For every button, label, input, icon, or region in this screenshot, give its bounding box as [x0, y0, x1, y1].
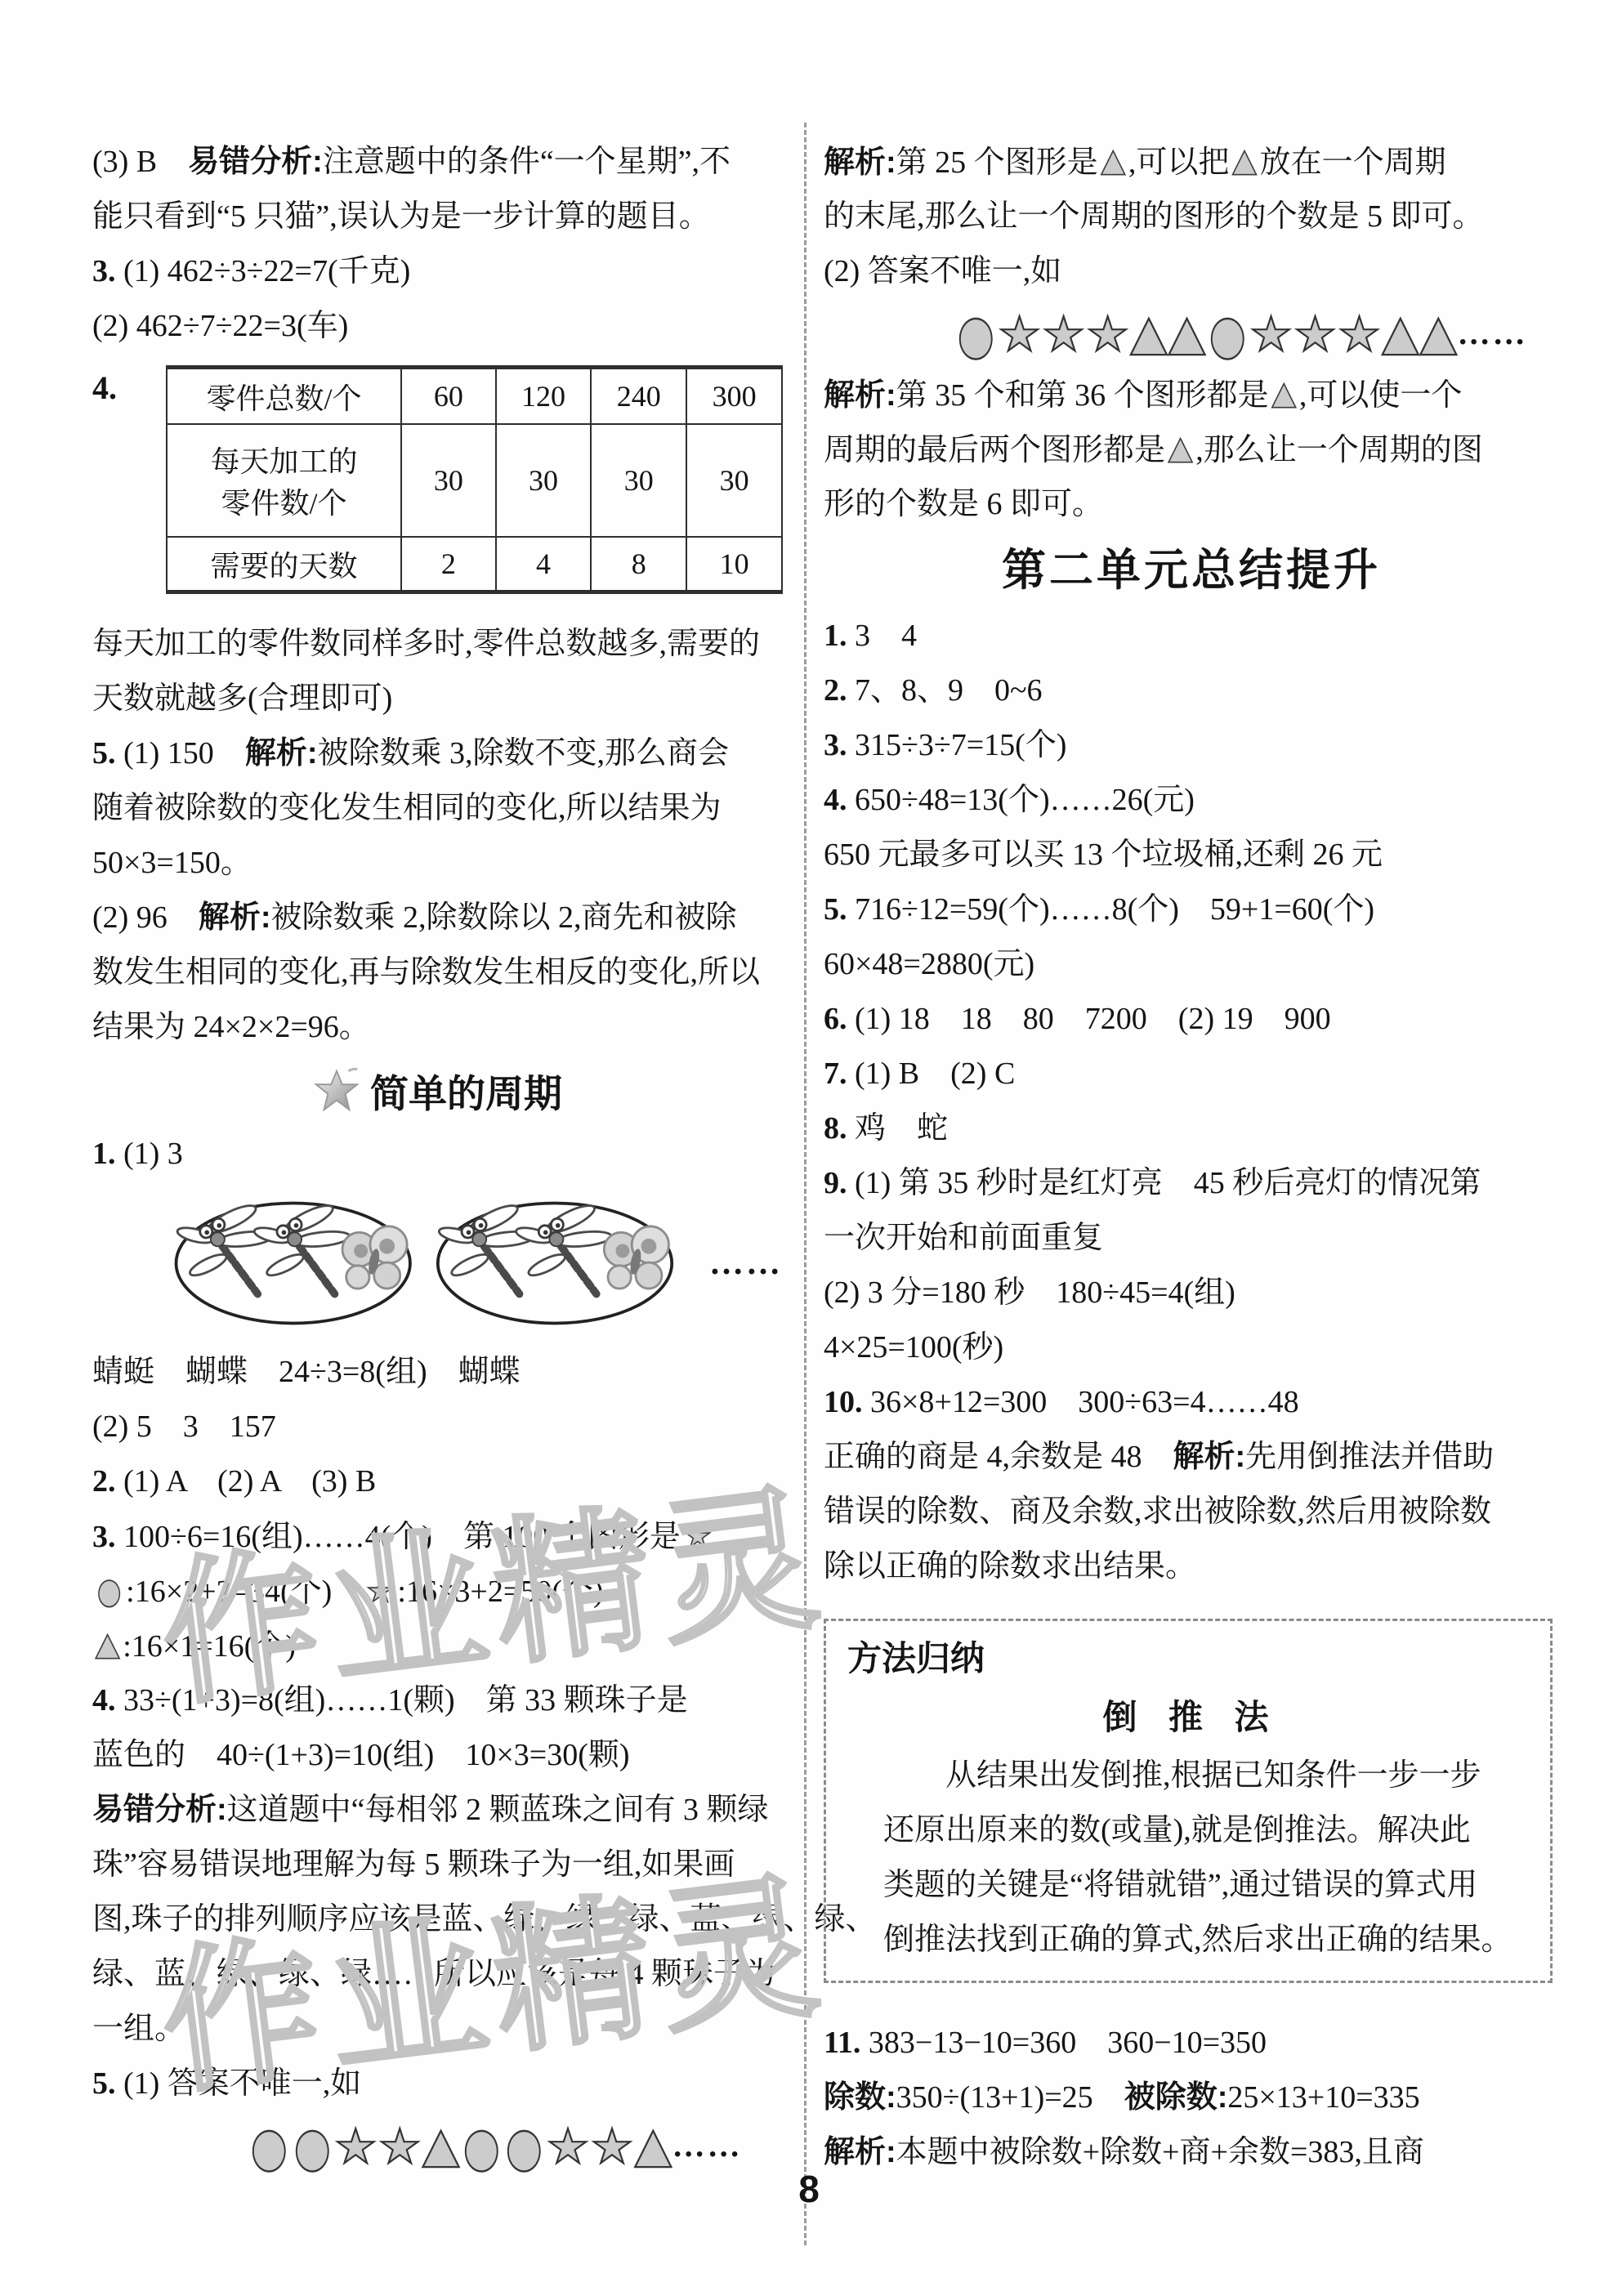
page-number: 8 [772, 2167, 846, 2211]
text-line: 的末尾,那么让一个周期的图形的个数是 5 即可。 [824, 190, 1559, 244]
left-text-block-mid: 每天加工的零件数同样多时,零件总数越多,需要的天数就越多(合理即可)5. (1)… [92, 617, 783, 1055]
text-segment: 一次开始和前面重复 [824, 1221, 1103, 1255]
table-row: 需要的天数 2 4 8 10 [167, 537, 782, 592]
text-segment: 除数: [824, 2080, 896, 2115]
text-segment: 注意题中的条件“一个星期”,不 [323, 145, 731, 179]
text-segment: :16×1=16(个) [123, 1629, 296, 1664]
text-segment: 第 25 个图形是 [896, 145, 1098, 180]
text-segment: 还原出原来的数(或量),就是倒推法。解决此 [883, 1813, 1471, 1847]
text-segment: 解析: [199, 900, 271, 935]
text-line: 从结果出发倒推,根据已知条件一步一步 [847, 1749, 1535, 1803]
text-segment: 形的个数是 6 即可。 [824, 487, 1103, 521]
table-cell: 2 [401, 537, 496, 592]
triangle-shape-icon: ▲ [1131, 298, 1168, 367]
table-cell: 30 [401, 424, 496, 537]
text-segment: 数发生相同的变化,再与除数发生相反的变化,所以 [92, 955, 760, 989]
circle-shape-icon: ● [958, 296, 994, 373]
text-segment: 被除数乘 3,除数不变,那么商会 [317, 736, 729, 771]
text-segment: 图,珠子的排列顺序应该是蓝、绿、绿、绿、蓝、绿、绿、 [92, 1902, 877, 1936]
text-line: 650 元最多可以买 13 个垃圾桶,还剩 26 元 [824, 828, 1559, 882]
right-text-block-bottom: 11. 383−13−10=360 360−10=350除数:350÷(13+1… [824, 2016, 1559, 2180]
text-segment: 100÷6=16(组)……4(个) 第 100 个图形是 [116, 1520, 681, 1554]
text-segment: 能只看到“5 只猫”,误认为是一步计算的题目。 [92, 199, 710, 234]
text-line: 一次开始和前面重复 [824, 1211, 1559, 1266]
text-segment: 先用倒推法并借助 [1245, 1440, 1494, 1474]
text-line: 1. (1) 3 [92, 1127, 783, 1182]
text-line: (2) 5 3 157 [92, 1400, 783, 1454]
text-line: 错误的除数、商及余数,求出被除数,然后用被除数 [824, 1485, 1559, 1539]
text-segment: 周期的最后两个图形都是 [824, 433, 1165, 467]
text-line: 能只看到“5 只猫”,误认为是一步计算的题目。 [92, 190, 783, 244]
text-segment: :16×3+2=50(个) [397, 1575, 603, 1609]
text-line: 除数:350÷(13+1)=25 被除数:25×13+10=335 [824, 2070, 1559, 2125]
triangle-shape-icon: ▲ [1101, 133, 1125, 188]
star-shape-icon: ★ [1043, 300, 1085, 369]
text-line: 50×3=150。 [92, 836, 783, 891]
ellipsis-dots: …… [672, 2127, 743, 2164]
table-cell: 240 [591, 368, 686, 425]
triangle-shape-icon: ▲ [1272, 366, 1296, 421]
text-line: 正确的商是 4,余数是 48 解析:先用倒推法并借助 [824, 1430, 1559, 1485]
triangle-shape-icon: ▲ [1168, 298, 1205, 367]
text-line: 周期的最后两个图形都是▲,那么让一个周期的图 [824, 422, 1559, 477]
text-line: 解析:第 25 个图形是▲,可以把▲放在一个周期 [824, 135, 1559, 190]
section-heading-unit2: 第二单元总结提升 [824, 532, 1559, 609]
workbook-answer-page: (3) B 易错分析:注意题中的条件“一个星期”,不能只看到“5 只猫”,误认为… [0, 0, 1613, 2296]
text-segment: 5. [824, 892, 847, 927]
text-segment: 天数就越多(合理即可) [92, 681, 392, 716]
text-line: (2) 答案不唯一,如 [824, 244, 1559, 299]
text-line: (2) 96 解析:被除数乘 2,除数除以 2,商先和被除 [92, 891, 783, 945]
star-shape-icon: ★ [1338, 300, 1380, 369]
text-segment: 3. [92, 254, 116, 288]
triangle-shape-icon: ▲ [1168, 421, 1192, 476]
text-line: 1. 3 4 [824, 609, 1559, 663]
text-segment: (1) 答案不唯一,如 [116, 2066, 362, 2101]
table-cell: 300 [686, 368, 782, 425]
text-segment: 一组。 [92, 2012, 185, 2046]
method-summary-box: 方法归纳 倒 推 法 从结果出发倒推,根据已知条件一步一步还原出原来的数(或量)… [824, 1619, 1553, 1983]
table-cell: 10 [686, 537, 782, 592]
text-segment: 6. [824, 1002, 847, 1036]
text-line: 结果为 24×2×2=96。 [92, 1000, 783, 1055]
text-line: 类题的关键是“将错就错”,通过错误的算式用 [847, 1858, 1535, 1913]
triangle-shape-icon: ▲ [635, 2111, 672, 2179]
left-column: (3) B 易错分析:注意题中的条件“一个星期”,不能只看到“5 只猫”,误认为… [92, 135, 783, 2180]
text-line: 7. (1) B (2) C [824, 1047, 1559, 1101]
text-segment: (1) 第 35 秒时是红灯亮 45 秒后亮灯的情况第 [847, 1166, 1481, 1200]
text-segment: 放在一个周期 [1260, 145, 1446, 180]
text-segment: 随着被除数的变化发生相同的变化,所以结果为 [92, 791, 722, 825]
circle-shape-icon: ● [463, 2108, 500, 2185]
table-cell: 60 [401, 368, 496, 425]
text-segment: (1) 462÷3÷22=7(千克) [116, 254, 411, 288]
text-segment: 珠”容易错误地理解为每 5 颗珠子为一组,如果画 [92, 1847, 735, 1882]
text-segment: 正确的商是 4,余数是 48 [824, 1440, 1173, 1474]
text-line: 形的个数是 6 即可。 [824, 477, 1559, 532]
text-segment: (2) 96 [92, 900, 199, 935]
text-line: ▲:16×1=16(个) [92, 1619, 783, 1673]
text-segment: 蓝色的 40÷(1+3)=10(组) 10×3=30(颗) [92, 1738, 630, 1772]
circle-shape-icon: ● [251, 2108, 288, 2185]
text-line: 倒推法找到正确的算式,然后求出正确的结果。 [847, 1913, 1535, 1968]
triangle-shape-icon: ▲ [1232, 133, 1256, 188]
table-header-cell: 需要的天数 [167, 537, 401, 592]
text-segment: 33÷(1+3)=8(组)……1(颗) 第 33 颗珠子是 [116, 1683, 688, 1718]
text-line: ●●★★▲●●★★▲…… [248, 2111, 783, 2180]
text-segment: 错误的除数、商及余数,求出被除数,然后用被除数 [824, 1494, 1491, 1529]
text-segment: ,可以使一个 [1299, 378, 1463, 413]
text-line: 8. 鸡 蛇 [824, 1101, 1559, 1156]
text-line: ●:16×2+2=34(个) ★:16×3+2=50(个) [92, 1564, 783, 1619]
text-segment: 350÷(13+1)=25 [896, 2080, 1124, 2115]
text-segment: 解析: [824, 378, 896, 413]
text-line: 3. 315÷3÷7=15(个) [824, 718, 1559, 773]
left-text-block-item1: 1. (1) 3 [92, 1127, 783, 1182]
star-shape-icon: ★ [1249, 300, 1292, 369]
star-shape-icon: ★ [684, 1509, 712, 1564]
text-segment: 5. [92, 2066, 116, 2101]
text-segment: 解析: [824, 2135, 896, 2169]
text-line: 蜻蜓 蝴蝶 24÷3=8(组) 蝴蝶 [92, 1345, 783, 1400]
text-line: 数发生相同的变化,再与除数发生相反的变化,所以 [92, 945, 783, 1000]
text-segment: 383−13−10=360 360−10=350 [860, 2026, 1267, 2060]
text-line: 10. 36×8+12=300 300÷63=4……48 [824, 1375, 1559, 1430]
text-segment: :16×2+2=34(个) [126, 1575, 363, 1609]
text-segment: 5. [92, 736, 116, 771]
left-text-block-top: (3) B 易错分析:注意题中的条件“一个星期”,不能只看到“5 只猫”,误认为… [92, 135, 783, 354]
table-cell: 30 [686, 424, 782, 537]
text-segment: 10. [824, 1385, 863, 1419]
item-number: 4. [92, 369, 117, 407]
text-segment: 650 元最多可以买 13 个垃圾桶,还剩 26 元 [824, 838, 1383, 872]
text-segment: 本题中被除数+除数+商+余数=383,且商 [896, 2135, 1424, 2169]
text-segment: 鸡 蛇 [847, 1111, 949, 1146]
star-shape-icon: ★ [378, 2112, 421, 2181]
text-line: 易错分析:这道题中“每相邻 2 颗蓝珠之间有 3 颗绿 [92, 1783, 783, 1838]
text-line: 图,珠子的排列顺序应该是蓝、绿、绿、绿、蓝、绿、绿、 [92, 1892, 783, 1947]
table-cell: 30 [496, 424, 592, 537]
text-segment: (2) 3 分=180 秒 180÷45=4(组) [824, 1275, 1235, 1310]
text-line: 除以正确的除数求出结果。 [824, 1539, 1559, 1594]
text-segment: (2) 5 3 157 [92, 1409, 276, 1444]
ellipsis-dots: …… [709, 1244, 783, 1283]
star-shape-icon: ★ [1294, 300, 1336, 369]
text-segment: 易错分析: [188, 145, 323, 179]
triangle-shape-icon: ▲ [1420, 298, 1457, 367]
text-line: (2) 3 分=180 秒 180÷45=4(组) [824, 1266, 1559, 1320]
text-line: 2. (1) A (2) A (3) B [92, 1454, 783, 1509]
text-line: 4×25=100(秒) [824, 1320, 1559, 1375]
text-segment: 2. [824, 673, 847, 708]
text-segment: 被除数乘 2,除数除以 2,商先和被除 [270, 900, 736, 935]
text-segment: 25×13+10=335 [1227, 2080, 1419, 2115]
text-segment: 类题的关键是“将错就错”,通过错误的算式用 [883, 1868, 1477, 1902]
text-segment: 60×48=2880(元) [824, 947, 1034, 981]
text-line: (3) B 易错分析:注意题中的条件“一个星期”,不 [92, 135, 783, 190]
circle-shape-icon: ● [294, 2108, 331, 2185]
text-segment: 解析: [245, 736, 318, 771]
text-segment: 8. [824, 1111, 847, 1146]
section-heading-simple-cycle: 简单的周期 [92, 1055, 783, 1127]
text-segment: (3) B [92, 145, 188, 179]
text-segment: 4. [824, 783, 847, 817]
table-cell: 8 [591, 537, 686, 592]
text-segment: (1) A (2) A (3) B [116, 1464, 377, 1499]
text-segment: 3. [824, 728, 847, 762]
text-line: 4. 650÷48=13(个)……26(元) [824, 773, 1559, 828]
text-segment: 蜻蜓 蝴蝶 24÷3=8(组) 蝴蝶 [92, 1355, 521, 1389]
text-line: 随着被除数的变化发生相同的变化,所以结果为 [92, 781, 783, 836]
text-segment: ,可以把 [1128, 145, 1230, 180]
table-row: 零件总数/个 60 120 240 300 [167, 368, 782, 425]
text-segment: 解析: [824, 145, 896, 180]
text-line: 每天加工的零件数同样多时,零件总数越多,需要的 [92, 617, 783, 672]
text-line: 5. 716÷12=59(个)……8(个) 59+1=60(个) [824, 882, 1559, 937]
table-cell: 120 [496, 368, 592, 425]
table-header-line: 每天加工的 [172, 439, 395, 480]
star-shape-icon: ★ [366, 1564, 394, 1619]
text-line: 还原出原来的数(或量),就是倒推法。解决此 [847, 1803, 1535, 1858]
circle-shape-icon: ● [1209, 296, 1246, 373]
text-segment: 36×8+12=300 300÷63=4……48 [863, 1385, 1299, 1419]
text-segment: 3. [92, 1520, 116, 1554]
text-segment: 4. [92, 1683, 116, 1718]
triangle-shape-icon: ▲ [1382, 298, 1419, 367]
circle-shape-icon: ● [506, 2108, 543, 2185]
text-segment: 9. [824, 1166, 847, 1200]
text-segment: 每天加工的零件数同样多时,零件总数越多,需要的 [92, 627, 760, 661]
triangle-shape-icon: ▲ [422, 2111, 459, 2179]
method-box-label: 方法归纳 [847, 1629, 1535, 1688]
text-segment: 716÷12=59(个)……8(个) 59+1=60(个) [847, 892, 1375, 927]
text-segment: 这道题中“每相邻 2 颗蓝珠之间有 3 颗绿 [227, 1793, 769, 1827]
text-line: (2) 462÷7÷22=3(车) [92, 299, 783, 354]
dragonfly-butterfly-figure: …… [170, 1182, 783, 1345]
text-segment: (1) 150 [116, 736, 245, 771]
star-shape-icon: ★ [334, 2112, 377, 2181]
text-line: 解析:第 35 个和第 36 个图形都是▲,可以使一个 [824, 368, 1559, 422]
text-segment: 50×3=150。 [92, 846, 252, 880]
triangle-shape-icon: ▲ [96, 1617, 119, 1672]
text-line: 60×48=2880(元) [824, 937, 1559, 992]
right-text-block-mid: 解析:第 35 个和第 36 个图形都是▲,可以使一个周期的最后两个图形都是▲,… [824, 368, 1559, 532]
text-line: 11. 383−13−10=360 360−10=350 [824, 2016, 1559, 2070]
text-segment: 4×25=100(秒) [824, 1330, 1003, 1365]
text-segment: 除以正确的除数求出结果。 [824, 1549, 1196, 1584]
text-segment: 7. [824, 1056, 847, 1091]
text-segment: 倒推法找到正确的算式,然后求出正确的结果。 [883, 1923, 1512, 1957]
table-header-cell: 每天加工的 零件数/个 [167, 424, 401, 537]
right-text-block-answers: 1. 3 42. 7、8、9 0~63. 315÷3÷7=15(个)4. 650… [824, 609, 1559, 1594]
text-line: 4. 33÷(1+3)=8(组)……1(颗) 第 33 颗珠子是 [92, 1673, 783, 1728]
text-segment: (1) 18 18 80 7200 (2) 19 900 [847, 1002, 1331, 1036]
text-segment: (1) 3 [116, 1137, 183, 1171]
text-segment: (1) B (2) C [847, 1056, 1016, 1091]
text-line: 5. (1) 答案不唯一,如 [92, 2057, 783, 2111]
table-cell: 4 [496, 537, 592, 592]
text-line: 3. (1) 462÷3÷22=7(千克) [92, 244, 783, 299]
text-line: 蓝色的 40÷(1+3)=10(组) 10×3=30(颗) [92, 1728, 783, 1783]
method-box-paragraph: 从结果出发倒推,根据已知条件一步一步还原出原来的数(或量),就是倒推法。解决此类… [847, 1749, 1535, 1968]
text-segment: 1. [92, 1137, 116, 1171]
text-segment: 2. [92, 1464, 116, 1499]
text-segment: 解析: [1173, 1440, 1246, 1474]
text-line: 6. (1) 18 18 80 7200 (2) 19 900 [824, 992, 1559, 1047]
text-line: 一组。 [92, 2002, 783, 2057]
ellipsis-dots: …… [1458, 315, 1528, 351]
text-segment: (2) 462÷7÷22=3(车) [92, 309, 348, 343]
right-text-block-top: 解析:第 25 个图形是▲,可以把▲放在一个周期的末尾,那么让一个周期的图形的个… [824, 135, 1559, 299]
method-box-title: 倒 推 法 [847, 1688, 1535, 1749]
star-shape-icon: ★ [999, 300, 1041, 369]
table-header-line: 零件数/个 [172, 480, 395, 522]
text-segment: 绿、蓝、绿、绿、绿……所以应该是每 4 颗珠子为 [92, 1957, 775, 1991]
text-segment: 的末尾,那么让一个周期的图形的个数是 5 即可。 [824, 199, 1484, 234]
text-segment: 11. [824, 2026, 860, 2060]
answer-table-block: 4. 零件总数/个 60 120 240 300 每天加工的 零件数/个 30 … [92, 354, 783, 617]
text-line: 3. 100÷6=16(组)……4(个) 第 100 个图形是★ [92, 1509, 783, 1564]
table-row: 每天加工的 零件数/个 30 30 30 30 [167, 424, 782, 537]
text-line: 5. (1) 150 解析:被除数乘 3,除数不变,那么商会 [92, 726, 783, 781]
star-shape-icon: ★ [591, 2112, 633, 2181]
text-segment: 3 4 [847, 619, 918, 653]
text-segment: 易错分析: [92, 1793, 227, 1827]
text-line: 2. 7、8、9 0~6 [824, 663, 1559, 718]
circle-shape-icon: ● [97, 1561, 121, 1622]
left-text-block-bottom: 蜻蜓 蝴蝶 24÷3=8(组) 蝴蝶(2) 5 3 1572. (1) A (2… [92, 1345, 783, 2111]
text-segment: 结果为 24×2×2=96。 [92, 1010, 370, 1044]
text-line: 天数就越多(合理即可) [92, 672, 783, 726]
star-icon [313, 1067, 360, 1114]
cycle-groups-image [170, 1193, 701, 1333]
shape-sequence-right: ●★★★▲▲●★★★▲▲…… [954, 299, 1559, 368]
text-line: 绿、蓝、绿、绿、绿……所以应该是每 4 颗珠子为 [92, 1947, 783, 2002]
text-segment: 650÷48=13(个)……26(元) [847, 783, 1195, 817]
text-segment: 315÷3÷7=15(个) [847, 728, 1067, 762]
text-segment: 第 35 个和第 36 个图形都是 [896, 378, 1269, 413]
star-shape-icon: ★ [1087, 300, 1129, 369]
answer-table: 零件总数/个 60 120 240 300 每天加工的 零件数/个 30 30 … [166, 365, 783, 594]
shape-sequence-left: ●●★★▲●●★★▲…… [248, 2111, 783, 2180]
table-cell: 30 [591, 424, 686, 537]
table-header-cell: 零件总数/个 [167, 368, 401, 425]
text-segment: 从结果出发倒推,根据已知条件一步一步 [883, 1758, 1481, 1793]
right-column: 解析:第 25 个图形是▲,可以把▲放在一个周期的末尾,那么让一个周期的图形的个… [824, 135, 1559, 2180]
text-line: 珠”容易错误地理解为每 5 颗珠子为一组,如果画 [92, 1838, 783, 1892]
text-line: ●★★★▲▲●★★★▲▲…… [954, 299, 1559, 368]
text-segment: 7、8、9 0~6 [847, 673, 1043, 708]
text-segment: 1. [824, 619, 847, 653]
text-line: 9. (1) 第 35 秒时是红灯亮 45 秒后亮灯的情况第 [824, 1156, 1559, 1211]
text-line: 解析:本题中被除数+除数+商+余数=383,且商 [824, 2125, 1559, 2180]
text-segment: (2) 答案不唯一,如 [824, 254, 1061, 288]
section-heading-label: 简单的周期 [370, 1064, 562, 1119]
text-segment: 被除数: [1124, 2080, 1228, 2115]
text-segment: ,那么让一个周期的图 [1195, 433, 1483, 467]
star-shape-icon: ★ [547, 2112, 589, 2181]
